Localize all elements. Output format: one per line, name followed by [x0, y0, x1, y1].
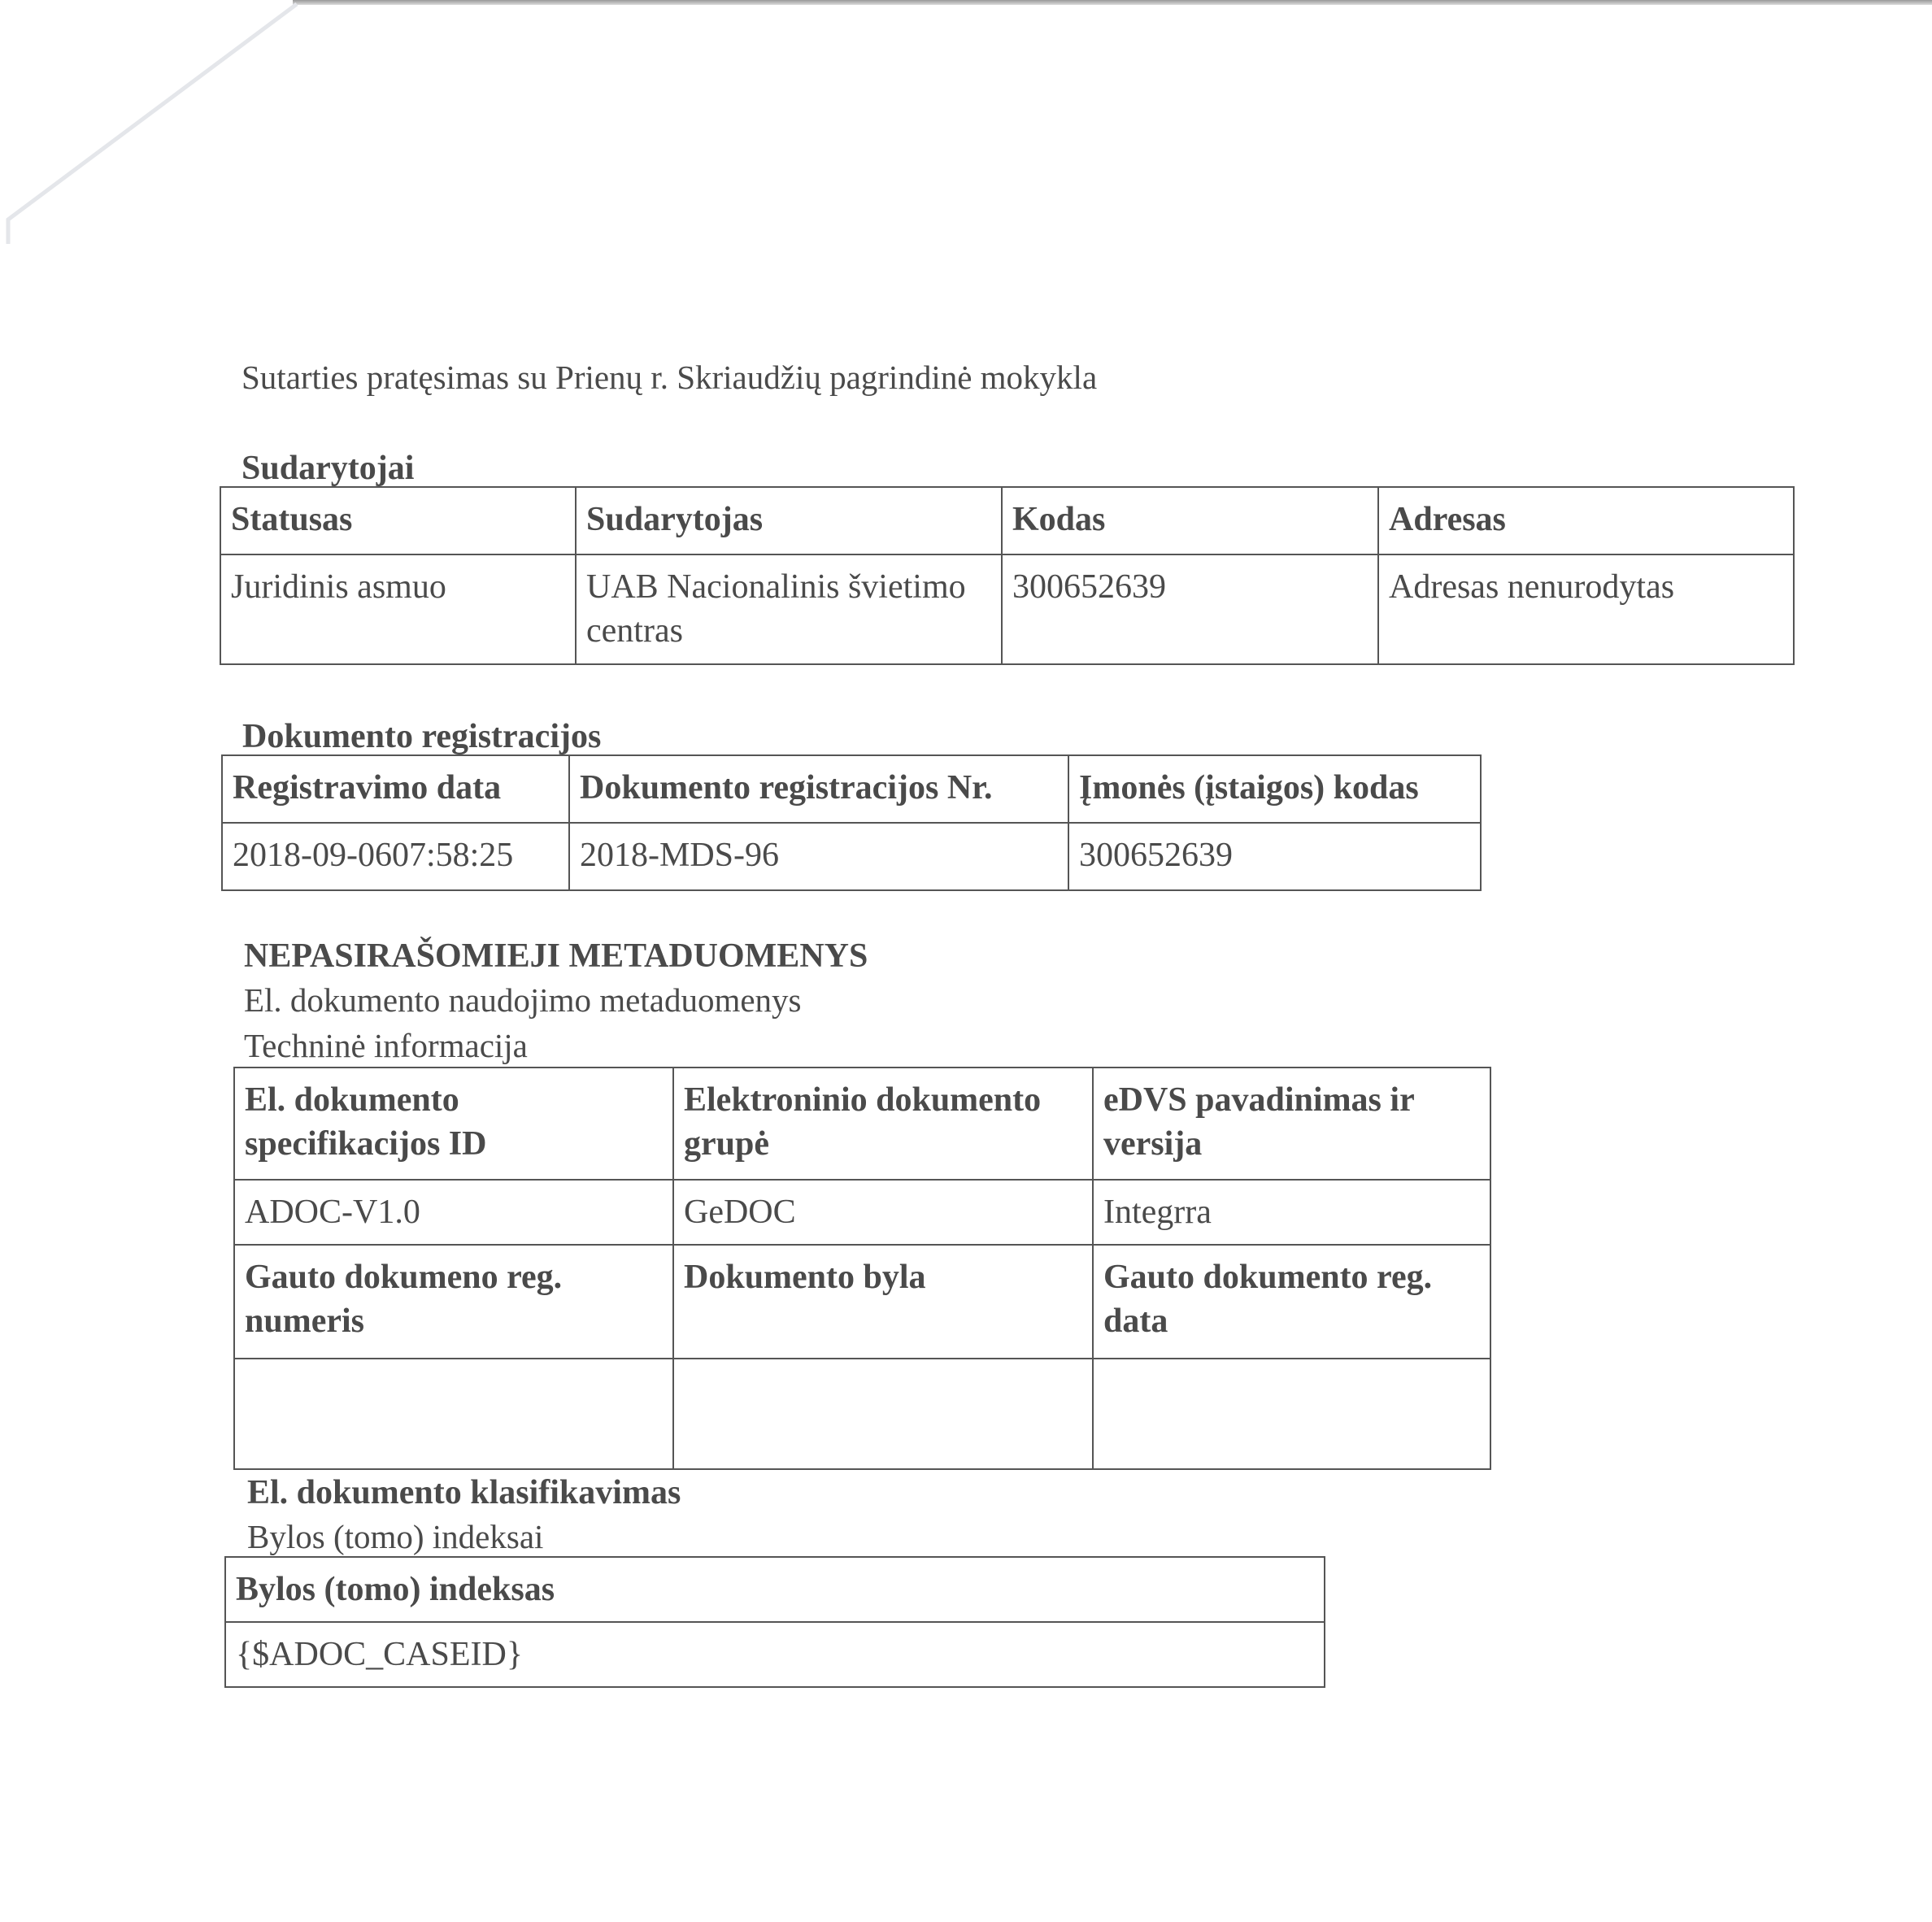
- header-dokumento-grupe: Elektroninio dokumento grupė: [673, 1068, 1093, 1180]
- bylos-indeksai-table: Bylos (tomo) indeksas {$ADOC_CASEID}: [224, 1556, 1325, 1688]
- table-header-row: Statusas Sudarytojas Kodas Adresas: [220, 487, 1794, 554]
- cell-registravimo-data: 2018-09-0607:58:25: [222, 823, 569, 890]
- registracijos-table: Registravimo data Dokumento registracijo…: [221, 754, 1482, 891]
- cell-gauto-reg-data: [1093, 1359, 1490, 1469]
- cell-sudarytojas: UAB Nacionalinis švietimo centras: [576, 554, 1002, 664]
- cell-bylos-indeksas: {$ADOC_CASEID}: [225, 1622, 1325, 1687]
- table-header-row: Bylos (tomo) indeksas: [225, 1557, 1325, 1622]
- header-statusas: Statusas: [220, 487, 576, 554]
- cell-adresas: Adresas nenurodytas: [1378, 554, 1794, 664]
- cell-dokumento-byla: [673, 1359, 1093, 1469]
- cell-imones-kodas: 300652639: [1068, 823, 1481, 890]
- cell-specifikacijos-id: ADOC-V1.0: [234, 1180, 673, 1245]
- scan-edge-shadow: [293, 0, 1932, 5]
- table-row: ADOC-V1.0 GeDOC Integrra: [234, 1180, 1490, 1245]
- subheading-naudojimo-metaduomenys: El. dokumento naudojimo metaduomenys: [244, 981, 802, 1020]
- section-heading-sudarytojai: Sudarytojai: [241, 449, 414, 488]
- sudarytojai-table: Statusas Sudarytojas Kodas Adresas Jurid…: [220, 486, 1795, 665]
- header-registravimo-data: Registravimo data: [222, 755, 569, 823]
- header-sudarytojas: Sudarytojas: [576, 487, 1002, 554]
- cell-registracijos-nr: 2018-MDS-96: [569, 823, 1068, 890]
- cell-dokumento-grupe: GeDOC: [673, 1180, 1093, 1245]
- header-edvs-pavadinimas: eDVS pavadinimas ir versija: [1093, 1068, 1490, 1180]
- header-imones-kodas: Įmonės (įstaigos) kodas: [1068, 755, 1481, 823]
- subheading-technine-informacija: Techninė informacija: [244, 1026, 528, 1065]
- header-specifikacijos-id: El. dokumento specifikacijos ID: [234, 1068, 673, 1180]
- header-bylos-indeksas: Bylos (tomo) indeksas: [225, 1557, 1325, 1622]
- table-header-row: El. dokumento specifikacijos ID Elektron…: [234, 1068, 1490, 1180]
- header-adresas: Adresas: [1378, 487, 1794, 554]
- table-header-row: Registravimo data Dokumento registracijo…: [222, 755, 1481, 823]
- cell-statusas: Juridinis asmuo: [220, 554, 576, 664]
- header-kodas: Kodas: [1002, 487, 1378, 554]
- table-row: 2018-09-0607:58:25 2018-MDS-96 300652639: [222, 823, 1481, 890]
- subheading-bylos-indeksai: Bylos (tomo) indeksai: [247, 1517, 543, 1556]
- table-row: {$ADOC_CASEID}: [225, 1622, 1325, 1687]
- cell-gauto-reg-numeris: [234, 1359, 673, 1469]
- header-gauto-reg-numeris: Gauto dokumeno reg. numeris: [234, 1245, 673, 1359]
- cell-edvs-pavadinimas: Integrra: [1093, 1180, 1490, 1245]
- table-row: Juridinis asmuo UAB Nacionalinis švietim…: [220, 554, 1794, 664]
- header-dokumento-byla: Dokumento byla: [673, 1245, 1093, 1359]
- technine-informacija-table: El. dokumento specifikacijos ID Elektron…: [233, 1067, 1491, 1470]
- header-registracijos-nr: Dokumento registracijos Nr.: [569, 755, 1068, 823]
- section-heading-registracijos: Dokumento registracijos: [242, 717, 601, 756]
- table-header-row: Gauto dokumeno reg. numeris Dokumento by…: [234, 1245, 1490, 1359]
- header-gauto-reg-data: Gauto dokumento reg. data: [1093, 1245, 1490, 1359]
- section-heading-metaduomenys: NEPASIRAŠOMIEJI METADUOMENYS: [244, 937, 868, 976]
- cell-kodas: 300652639: [1002, 554, 1378, 664]
- document-title: Sutarties pratęsimas su Prienų r. Skriau…: [241, 358, 1097, 397]
- table-row: [234, 1359, 1490, 1469]
- section-heading-klasifikavimas: El. dokumento klasifikavimas: [247, 1473, 681, 1512]
- scan-fold-mark: [0, 0, 309, 244]
